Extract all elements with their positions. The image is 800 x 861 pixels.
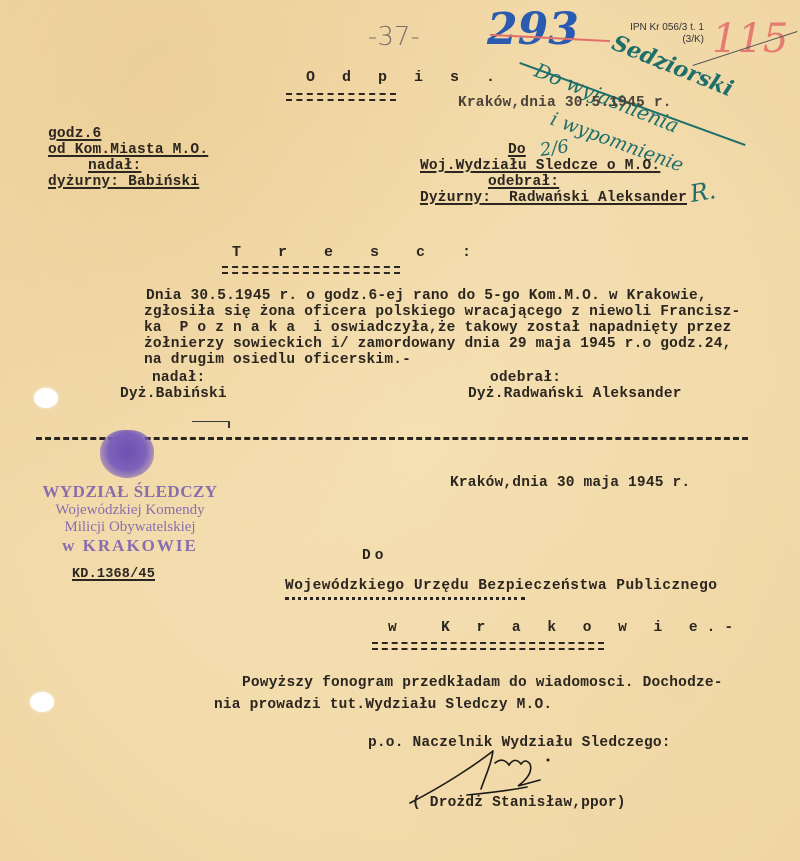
recipient-office: Woj.Wydziału Sledcze o M.O. bbox=[420, 158, 660, 174]
content-body-line: Dnia 30.5.1945 r. o godz.6-ej rano do 5-… bbox=[146, 288, 740, 304]
content-sent-by: Dyż.Babiński bbox=[120, 386, 227, 402]
cover-recipient: Wojewódzkiego Urzędu Bezpieczeństwa Publ… bbox=[285, 578, 717, 594]
sender-time: godz.6 bbox=[48, 126, 101, 142]
cover-body-line: nia prowadzi tut.Wydziału Sledczy M.O. bbox=[214, 694, 723, 716]
content-body-line: żołnierzy sowieckich i/ zamordowany dnia… bbox=[144, 336, 740, 352]
stamp-line-1: WYDZIAŁ ŚLEDCZY bbox=[30, 482, 230, 502]
sender-from: od Kom.Miasta M.O. bbox=[48, 142, 208, 158]
handwritten-page-number-blue: 293 bbox=[487, 4, 579, 55]
document-title: O d p i s . bbox=[306, 69, 504, 86]
content-received-by: Dyż.Radwański Aleksander bbox=[468, 386, 682, 402]
department-stamp: WYDZIAŁ ŚLEDCZY Wojewódzkiej Komendy Mil… bbox=[30, 482, 230, 556]
cover-city: w K r a k o w i e.- bbox=[388, 620, 742, 636]
stamp-line-2: Wojewódzkiej Komendy bbox=[30, 502, 230, 519]
content-body-line: zgłosiła się żona oficera polskiego wrac… bbox=[144, 304, 740, 320]
handwritten-initials: R. bbox=[688, 176, 718, 208]
signature-name: ( Drożdż Stanisław,ppor) bbox=[412, 795, 626, 811]
cover-body: Powyższy fonogram przedkładam do wiadomo… bbox=[214, 672, 723, 716]
punch-hole-bottom bbox=[30, 692, 54, 712]
cover-body-line: Powyższy fonogram przedkładam do wiadomo… bbox=[214, 672, 723, 694]
reference-number: KD.1368/45 bbox=[72, 567, 155, 582]
recipient-to: Do bbox=[508, 142, 526, 158]
content-body-line: ka P o z n a k a i oswiadczyła,że takowy… bbox=[144, 320, 740, 336]
content-heading: T r e s c : bbox=[232, 244, 485, 261]
content-heading-underline bbox=[222, 266, 400, 274]
eagle-emblem-icon bbox=[100, 430, 154, 478]
recipient-duty-officer: Dyżurny: Radwański Aleksander bbox=[420, 190, 687, 206]
title-double-underline bbox=[286, 93, 396, 101]
recipient-received-label: odebrał: bbox=[488, 174, 559, 190]
content-sent-label: nadał: bbox=[152, 370, 205, 386]
content-body-line: na drugim osiedlu oficerskim.- bbox=[144, 352, 740, 368]
sender-sent-label: nadał: bbox=[88, 158, 141, 174]
content-body: Dnia 30.5.1945 r. o godz.6-ej rano do 5-… bbox=[146, 288, 740, 368]
pencil-mark bbox=[192, 421, 230, 428]
cover-place-date: Kraków,dnia 30 maja 1945 r. bbox=[450, 475, 690, 491]
punch-hole-top bbox=[34, 388, 58, 408]
stamp-line-4: w KRAKOWIE bbox=[30, 536, 230, 556]
stamp-line-3: Milicji Obywatelskiej bbox=[30, 519, 230, 536]
handwritten-page-number-pencil: -37- bbox=[368, 22, 420, 52]
content-received-label: odebrał: bbox=[490, 370, 561, 386]
recipient-dotted-underline bbox=[285, 597, 525, 600]
sender-duty-officer: dyżurny: Babiński bbox=[48, 174, 199, 190]
header-place-date: Kraków,dnia 30.5.1945 r. bbox=[458, 95, 672, 111]
cover-to: Do bbox=[362, 548, 387, 564]
cover-city-underline bbox=[372, 642, 604, 650]
archive-label-line1: IPN Kr 056/3 t. 1 bbox=[600, 22, 704, 34]
